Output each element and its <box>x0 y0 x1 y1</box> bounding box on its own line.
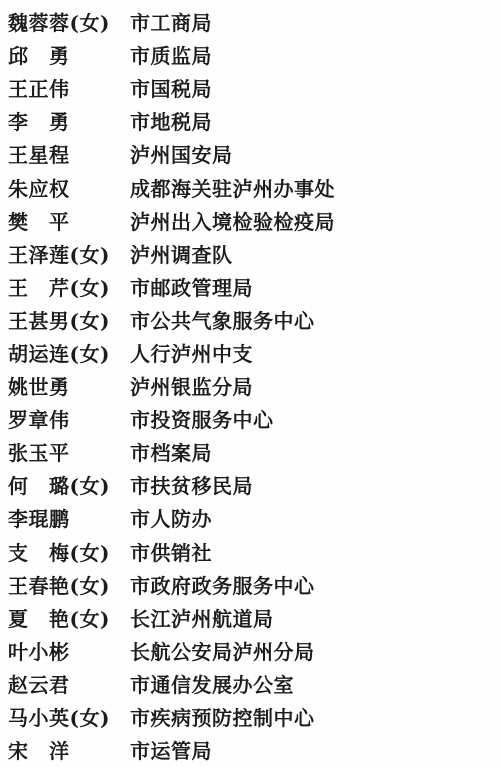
person-name: 樊 平 <box>8 206 130 235</box>
list-item: 夏 艳(女) 长江泸州航道局 <box>8 601 500 634</box>
person-name: 姚世勇 <box>8 371 130 400</box>
organization-name: 泸州调查队 <box>130 239 233 268</box>
organization-name: 市质监局 <box>130 40 212 69</box>
list-item: 邱 勇 市质监局 <box>8 38 500 71</box>
person-name: 何 璐(女) <box>8 470 130 499</box>
person-name: 支 梅(女) <box>8 537 130 566</box>
organization-name: 市人防办 <box>130 503 212 532</box>
organization-name: 市档案局 <box>130 437 212 466</box>
person-name: 王 芹(女) <box>8 272 130 301</box>
person-name: 罗章伟 <box>8 404 130 433</box>
list-item: 王 芹(女) 市邮政管理局 <box>8 270 500 303</box>
person-name: 魏蓉蓉(女) <box>8 7 130 36</box>
list-item: 张玉平 市档案局 <box>8 435 500 468</box>
person-name: 马小英(女) <box>8 702 130 731</box>
list-item: 樊 平 泸州出入境检验检疫局 <box>8 204 500 237</box>
list-item: 何 璐(女) 市扶贫移民局 <box>8 468 500 501</box>
list-item: 李琨鹏 市人防办 <box>8 501 500 534</box>
person-name: 王星程 <box>8 139 130 168</box>
list-item: 马小英(女) 市疾病预防控制中心 <box>8 700 500 733</box>
organization-name: 市政府政务服务中心 <box>130 570 315 599</box>
list-item: 王春艳(女) 市政府政务服务中心 <box>8 568 500 601</box>
scanned-roster-page: 魏蓉蓉(女) 市工商局 邱 勇 市质监局 王正伟 市国税局 李 勇 市地税局 王… <box>0 0 500 767</box>
organization-name: 市扶贫移民局 <box>130 470 253 499</box>
organization-name: 人行泸州中支 <box>130 338 253 367</box>
organization-name: 市供销社 <box>130 537 212 566</box>
organization-name: 市工商局 <box>130 7 212 36</box>
list-item: 王正伟 市国税局 <box>8 71 500 104</box>
person-name: 王甚男(女) <box>8 305 130 334</box>
person-name: 胡运连(女) <box>8 338 130 367</box>
organization-name: 市地税局 <box>130 106 212 135</box>
list-item: 李 勇 市地税局 <box>8 104 500 137</box>
organization-name: 市运管局 <box>130 735 212 764</box>
list-item: 姚世勇 泸州银监分局 <box>8 369 500 402</box>
organization-name: 泸州国安局 <box>130 139 233 168</box>
list-item: 朱应权 成都海关驻泸州办事处 <box>8 170 500 203</box>
person-name: 夏 艳(女) <box>8 603 130 632</box>
organization-name: 长航公安局泸州分局 <box>130 636 315 665</box>
list-item: 支 梅(女) 市供销社 <box>8 535 500 568</box>
person-name: 李 勇 <box>8 106 130 135</box>
list-item: 胡运连(女) 人行泸州中支 <box>8 336 500 369</box>
person-name: 宋 洋 <box>8 735 130 764</box>
person-name: 赵云君 <box>8 669 130 698</box>
organization-name: 市公共气象服务中心 <box>130 305 315 334</box>
organization-name: 市投资服务中心 <box>130 404 274 433</box>
person-name: 邱 勇 <box>8 40 130 69</box>
list-item: 宋 洋 市运管局 <box>8 733 500 766</box>
organization-name: 长江泸州航道局 <box>130 603 274 632</box>
organization-name: 市邮政管理局 <box>130 272 253 301</box>
list-item: 王泽莲(女) 泸州调查队 <box>8 237 500 270</box>
person-name: 王正伟 <box>8 73 130 102</box>
list-item: 罗章伟 市投资服务中心 <box>8 402 500 435</box>
person-name: 王泽莲(女) <box>8 239 130 268</box>
organization-name: 市国税局 <box>130 73 212 102</box>
organization-name: 市疾病预防控制中心 <box>130 702 315 731</box>
person-name: 张玉平 <box>8 437 130 466</box>
person-name: 李琨鹏 <box>8 503 130 532</box>
list-item: 魏蓉蓉(女) 市工商局 <box>8 5 500 38</box>
list-item: 王甚男(女) 市公共气象服务中心 <box>8 303 500 336</box>
person-name: 王春艳(女) <box>8 570 130 599</box>
list-item: 王星程 泸州国安局 <box>8 137 500 170</box>
person-name: 朱应权 <box>8 173 130 202</box>
person-name: 叶小彬 <box>8 636 130 665</box>
organization-name: 市通信发展办公室 <box>130 669 294 698</box>
organization-name: 泸州出入境检验检疫局 <box>130 206 335 235</box>
organization-name: 成都海关驻泸州办事处 <box>130 173 335 202</box>
organization-name: 泸州银监分局 <box>130 371 253 400</box>
list-item: 叶小彬 长航公安局泸州分局 <box>8 634 500 667</box>
list-item: 赵云君 市通信发展办公室 <box>8 667 500 700</box>
